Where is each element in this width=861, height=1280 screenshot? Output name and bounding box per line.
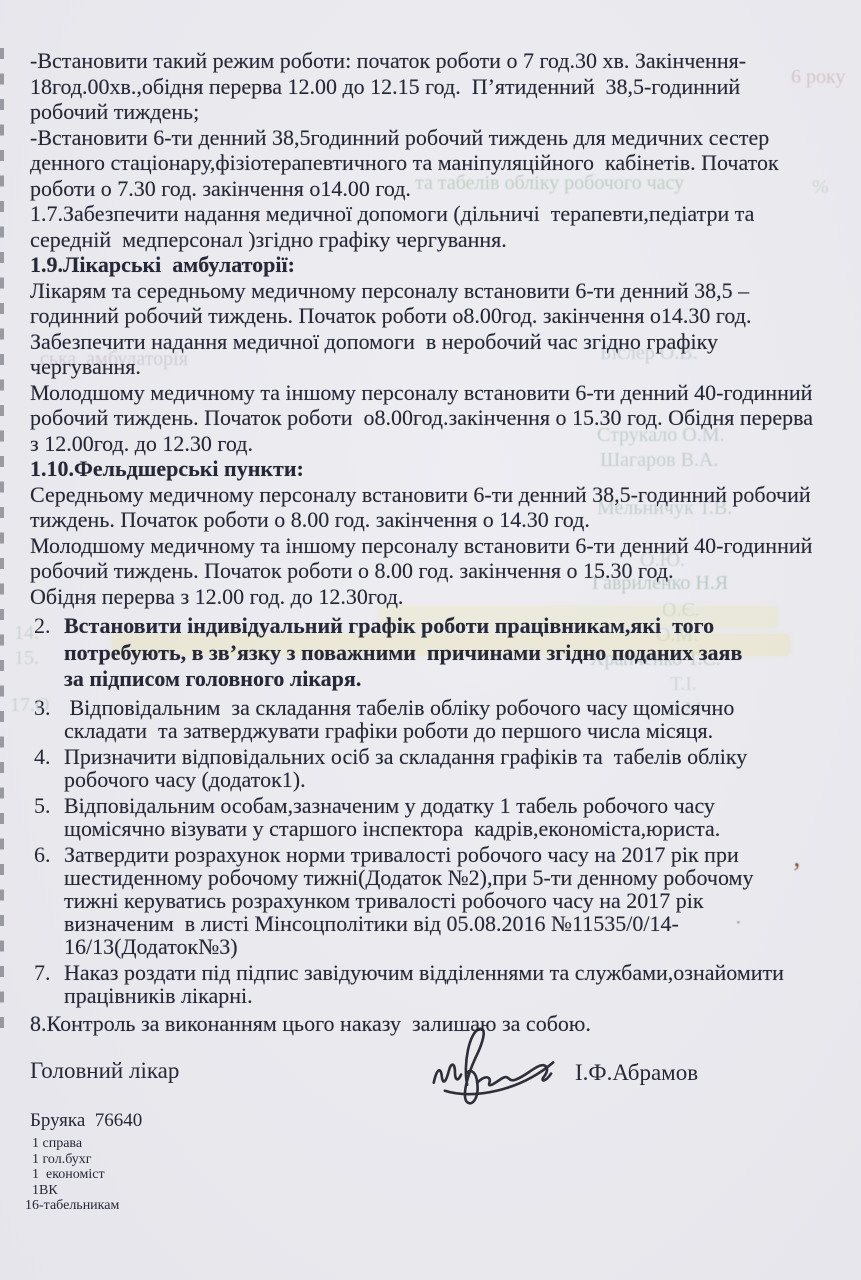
list-item: 2.Встановити індивідуальний графік робот…	[34, 613, 833, 693]
text-line: складати та затверджувати графіки роботи…	[64, 719, 734, 742]
text-line: робочого часу (додаток1).	[64, 768, 747, 791]
list-item-text: Відповідальним особам,зазначеним у додат…	[64, 794, 720, 840]
text-line: 1.9.Лікарські амбулаторії:	[30, 252, 833, 278]
text-line: тижні керуватись розрахунком тривалості …	[64, 889, 753, 912]
text-line: робочий тиждень. Початок роботи о8.00год…	[30, 405, 833, 431]
scanned-document-page: 6 рокута табелів обліку робочого часу%сь…	[0, 0, 861, 1280]
document-body-text: -Встановити такий режим роботи: початок …	[30, 48, 833, 609]
text-line: з 12.00год. до 12.30 год.	[30, 431, 833, 457]
text-line: -Встановити 6-ти денний 38,5годинний роб…	[30, 125, 833, 151]
text-line: 18год.00хв.,обідня перерва 12.00 до 12.1…	[30, 74, 833, 100]
list-item-text: Призначити відповідальних осіб за склада…	[64, 745, 747, 791]
list-item-text: Затвердити розрахунок норми тривалості р…	[64, 843, 753, 958]
list-item: 5.Відповідальним особам,зазначеним у дод…	[34, 794, 833, 840]
distribution-item: 1 справа	[32, 1136, 833, 1152]
list-item-number: 2.	[34, 613, 64, 693]
text-line: -Встановити такий режим роботи: початок …	[30, 48, 833, 74]
list-item-number: 4.	[34, 745, 64, 791]
text-line: 1.10.Фельдшерські пункти:	[30, 456, 833, 482]
text-line: визначеним в листі Мінсоцполітики від 05…	[64, 912, 753, 935]
text-line: робочий тиждень. Початок роботи о 8.00 г…	[30, 558, 833, 584]
text-line: Обідня перерва з 12.00 год. до 12.30год.	[30, 584, 833, 610]
list-item: 7.Наказ роздати під підпис завідуючим ві…	[34, 961, 833, 1007]
list-item-number: 5.	[34, 794, 64, 840]
list-item: 4.Призначити відповідальних осіб за скла…	[34, 745, 833, 791]
distribution-item: 16-табельникам	[25, 1198, 833, 1214]
text-line: Молодшому медичному та іншому персоналу …	[30, 533, 833, 559]
distribution-item: 1 економіст	[32, 1167, 833, 1183]
text-line: Середньому медичному персоналу встановит…	[30, 482, 833, 508]
text-line: Наказ роздати під підпис завідуючим відд…	[64, 961, 784, 984]
text-line: роботи о 7.30 год. закінчення о14.00 год…	[30, 176, 833, 202]
document-content: -Встановити такий режим роботи: початок …	[0, 0, 861, 1214]
signatory-role: Головний лікар	[30, 1058, 179, 1083]
text-line: Затвердити розрахунок норми тривалості р…	[64, 843, 753, 866]
list-item-number: 6.	[34, 843, 64, 958]
distribution-item: 1ВК	[32, 1183, 833, 1199]
text-line: годинний робочий тиждень. Початок роботи…	[30, 303, 833, 329]
text-line: тиждень. Початок роботи о 8.00 год. закі…	[30, 507, 833, 533]
list-item-text: Наказ роздати під підпис завідуючим відд…	[64, 961, 784, 1007]
signature-block: Головний лікар І.Ф.Абрамов	[30, 1058, 833, 1106]
list-item: 3. Відповідальним за складання табелів о…	[34, 696, 833, 742]
text-line: Забезпечити надання медичної допомоги в …	[30, 329, 833, 355]
distribution-list: 1 справа1 гол.бухг1 економіст1ВК16-табел…	[30, 1136, 833, 1214]
text-line: Встановити індивідуальний графік роботи …	[64, 613, 742, 640]
text-line: за підписом головного лікаря.	[64, 666, 742, 693]
text-line: Лікарям та середньому медичному персонал…	[30, 278, 833, 304]
text-line: Молодшому медичному та іншому персоналу …	[30, 380, 833, 406]
signatory-name: І.Ф.Абрамов	[575, 1060, 698, 1086]
author-reference: Бруяка 76640	[30, 1110, 833, 1132]
text-line: працівників лікарні.	[64, 984, 784, 1007]
list-item: 6.Затвердити розрахунок норми тривалості…	[34, 843, 833, 958]
text-line: 1.7.Забезпечити надання медичної допомог…	[30, 201, 833, 227]
list-item-text: Встановити індивідуальний графік роботи …	[64, 613, 742, 693]
text-line: середній медперсонал )згідно графіку чер…	[30, 227, 833, 253]
text-line: робочий тиждень;	[30, 99, 833, 125]
text-line: Відповідальним особам,зазначеним у додат…	[64, 794, 720, 817]
text-line: щомісячно візувати у старшого інспектора…	[64, 817, 720, 840]
list-item-number: 3.	[34, 696, 64, 742]
text-line: 16/13(Додаток№3)	[64, 935, 753, 958]
list-item-number: 7.	[34, 961, 64, 1007]
signature-icon	[430, 1024, 568, 1110]
text-line: Відповідальним за складання табелів облі…	[64, 696, 734, 719]
text-line: Призначити відповідальних осіб за склада…	[64, 745, 747, 768]
text-line: чергування.	[30, 354, 833, 380]
text-line: шестиденному робочому тижні(Додаток №2),…	[64, 866, 753, 889]
distribution-item: 1 гол.бухг	[32, 1152, 833, 1168]
list-item-text: Відповідальним за складання табелів облі…	[64, 696, 734, 742]
text-line: потребують, в зв’язку з поважними причин…	[64, 640, 742, 667]
numbered-list: 2.Встановити індивідуальний графік робот…	[30, 613, 833, 1007]
text-line: денного стаціонару,фізіотерапевтичного т…	[30, 150, 833, 176]
